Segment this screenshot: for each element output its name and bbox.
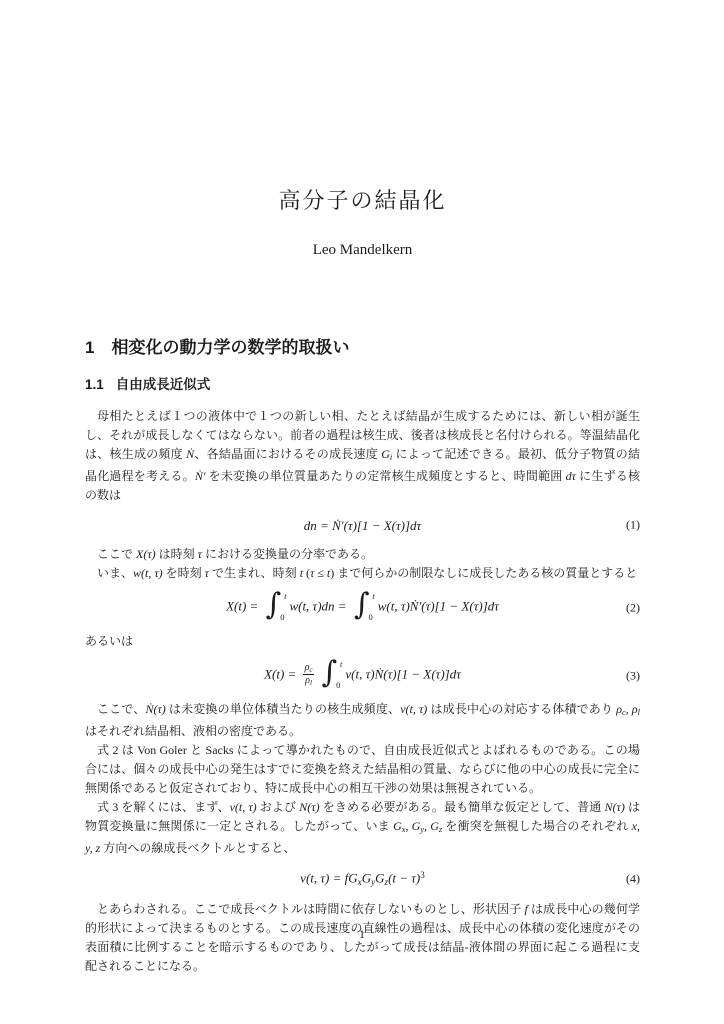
text-run: は未変換の単位体積当たりの核生成頻度、 <box>166 702 400 716</box>
math-run: Ṅ(τ) <box>145 702 165 716</box>
math-run: , G <box>424 819 439 833</box>
equation: X(t) = ∫t0w(t, τ)dn = ∫t0w(t, τ)Ṅ′(τ)[1 … <box>85 591 640 624</box>
paragraph: ここで、Ṅ(τ) は未変換の単位体積当たりの核生成頻度、v(t, τ) は成長中… <box>85 700 640 741</box>
paragraph: 式 3 を解くには、まず、v(t, τ) および N(τ) をきめる必要がある。… <box>85 798 640 858</box>
section-title: 相変化の動力学の数学的取扱い <box>111 333 349 358</box>
integral-sign-icon: ∫ <box>322 658 338 691</box>
equation-body: X(t) = ρcρl∫t0v(t, τ)Ṅ(τ)[1 − X(τ)]dτ <box>264 659 461 692</box>
math-run: X(τ) <box>136 547 156 561</box>
math-run: dτ <box>566 469 576 483</box>
equation: X(t) = ρcρl∫t0v(t, τ)Ṅ(τ)[1 − X(τ)]dτ(3) <box>85 659 640 692</box>
text-run: をきめる必要がある。最も簡単な仮定として、普通 <box>320 800 605 814</box>
math-run: τ ≤ t <box>310 566 330 580</box>
text-run: ここで <box>97 547 136 561</box>
integral: ∫t0 <box>266 590 287 623</box>
integral-upper-limit: t <box>284 590 286 601</box>
math-run: Ṅ <box>186 447 194 461</box>
equation-number: (3) <box>626 666 640 685</box>
equation-body: dn = Ṅ′(τ)[1 − X(τ)]dτ <box>304 516 421 535</box>
integral-lower-limit: 0 <box>336 681 340 692</box>
author-name: Leo Mandelkern <box>85 242 640 259</box>
integral-lower-limit: 0 <box>280 613 284 624</box>
paragraph: ここで X(τ) は時刻 τ における変換量の分率である。 <box>85 545 640 564</box>
math-run: w(t, τ)Ṅ′(τ)[1 − X(τ)]dτ <box>378 599 499 614</box>
math-run: v(t, τ) = fG <box>300 871 357 886</box>
text-run: ここで、 <box>97 702 145 716</box>
text-run: はそれぞれ結晶相、液相の密度である。 <box>85 724 301 738</box>
integral-sign-icon: ∫ <box>266 590 282 623</box>
fraction-denominator: ρl <box>303 674 314 688</box>
math-run: G <box>393 819 402 833</box>
fraction-numerator: ρc <box>303 662 315 675</box>
paragraph: 母相たとえば１つの液体中で１つの新しい相、たとえば結晶が生成するためには、新しい… <box>85 407 640 505</box>
math-run: N(τ) <box>299 800 319 814</box>
subsection-heading: 1.1 自由成長近似式 <box>85 373 640 393</box>
integral-lower-limit: 0 <box>368 613 372 624</box>
page-number: 1 <box>0 927 724 942</box>
math-run: N(τ) <box>605 800 625 814</box>
math-run: v(t, τ) <box>400 702 427 716</box>
integral-limits: t0 <box>282 590 286 623</box>
math-run: (t − τ) <box>388 871 420 886</box>
text-run: における変換量の分率である。 <box>202 547 373 561</box>
text-run: は時刻 <box>156 547 198 561</box>
math-run: , G <box>405 819 420 833</box>
equation: v(t, τ) = fGxGyGz(t − τ)3(4) <box>85 866 640 892</box>
text-run: いま、 <box>97 566 133 580</box>
paragraph: 式 2 は Von Goler と Sacks によって導かれたもので、自由成長… <box>85 741 640 798</box>
math-subscript: c <box>309 665 312 673</box>
text-run: を時刻 <box>163 566 205 580</box>
page-title: 高分子の結晶化 <box>85 0 640 215</box>
equation: dn = Ṅ′(τ)[1 − X(τ)]dτ(1) <box>85 513 640 537</box>
math-subscript: l <box>638 708 640 717</box>
text-run: を衝突を無視した場合のそれぞれ <box>442 819 631 833</box>
text-run: および <box>257 800 300 814</box>
text-run: 方向への線成長ベクトルとすると、 <box>100 841 295 855</box>
paragraph: あるいは <box>85 632 640 651</box>
text-run: 、各結晶面におけるその成長速度 <box>194 447 381 461</box>
integral-sign-icon: ∫ <box>354 590 370 623</box>
math-run: w(t, τ)dn = <box>289 599 349 614</box>
text-run: 式 3 を解くには、まず、 <box>97 800 230 814</box>
math-superscript: 3 <box>420 870 425 880</box>
math-run: , ρ <box>626 702 638 716</box>
section-number: 1 <box>85 338 94 358</box>
document-content: 母相たとえば１つの液体中で１つの新しい相、たとえば結晶が生成するためには、新しい… <box>85 407 640 976</box>
text-run: で生まれ、時刻 <box>209 566 300 580</box>
math-run: X(t) = <box>226 599 261 614</box>
text-run: を未変換の単位質量あたりの定常核生成頻度とすると、時間範囲 <box>205 469 565 483</box>
math-run: dn = Ṅ′(τ)[1 − X(τ)]dτ <box>304 518 421 533</box>
paragraph: いま、w(t, τ) を時刻 τ で生まれ、時刻 t (τ ≤ t) まで何らか… <box>85 564 640 583</box>
text-run: 式 2 は Von Goler と Sacks によって導かれたもので、自由成長… <box>85 743 640 795</box>
equation-body: v(t, τ) = fGxGyGz(t − τ)3 <box>300 866 425 892</box>
fraction: ρcρl <box>303 662 315 688</box>
text-run: あるいは <box>85 634 133 648</box>
math-run: X(t) = <box>264 667 299 682</box>
math-run: G <box>362 871 371 886</box>
math-run: v(t, τ)Ṅ(τ)[1 − X(τ)]dτ <box>345 667 460 682</box>
math-run: w(t, τ) <box>133 566 163 580</box>
math-run: v(t, τ) <box>230 800 257 814</box>
integral-limits: t0 <box>338 658 342 691</box>
subsection-title: 自由成長近似式 <box>116 373 211 393</box>
subsection-number: 1.1 <box>85 377 104 392</box>
integral: ∫t0 <box>322 658 343 691</box>
text-run: ( <box>303 566 310 580</box>
integral: ∫t0 <box>354 590 375 623</box>
document-page: 高分子の結晶化 Leo Mandelkern 1 相変化の動力学の数学的取扱い … <box>0 0 724 1024</box>
equation-body: X(t) = ∫t0w(t, τ)dn = ∫t0w(t, τ)Ṅ′(τ)[1 … <box>226 591 499 624</box>
text-run: とあらわされる。ここで成長ベクトルは時間に依存しないものとし、形状因子 <box>97 902 525 916</box>
integral-upper-limit: t <box>340 658 342 669</box>
equation-number: (2) <box>626 598 640 617</box>
math-subscript: l <box>310 679 312 687</box>
equation-number: (4) <box>626 870 640 889</box>
section-heading: 1 相変化の動力学の数学的取扱い <box>85 333 640 358</box>
math-run: G <box>375 871 384 886</box>
text-run: ) まで何らかの制限なしに成長したある核の質量とすると <box>330 566 637 580</box>
integral-limits: t0 <box>370 590 374 623</box>
math-run: Ṅ′ <box>195 469 206 483</box>
integral-upper-limit: t <box>372 590 374 601</box>
math-run: G <box>381 447 390 461</box>
text-run: は成長中心の対応する体積であり <box>427 702 616 716</box>
equation-number: (1) <box>626 516 640 535</box>
